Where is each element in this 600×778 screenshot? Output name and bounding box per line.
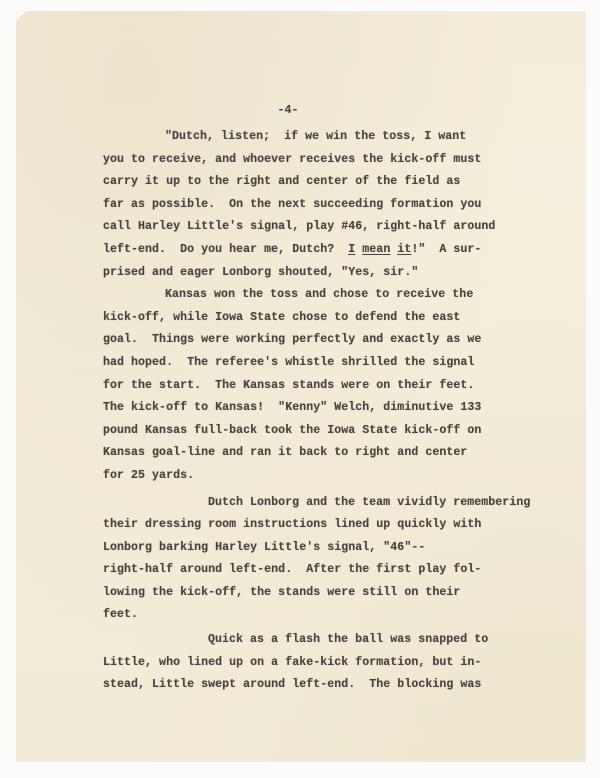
text-line: kick-off, while Iowa State chose to defe… (103, 307, 523, 330)
page-body: -4- "Dutch, listen; if we win the toss, … (103, 100, 523, 697)
text-line: for 25 yards. (103, 465, 523, 488)
text-segment: left-end. Do you hear me, Dutch? (103, 243, 348, 256)
emphasis-underline: mean (362, 243, 390, 256)
text-line: Kansas goal-line and ran it back to righ… (103, 442, 523, 465)
text-line: stead, Little swept around left-end. The… (103, 674, 523, 697)
text-line: you to receive, and whoever receives the… (103, 149, 523, 172)
paragraph-3: Dutch Lonborg and the team vividly remem… (103, 492, 523, 628)
text-line: carry it up to the right and center of t… (103, 171, 523, 194)
text-line: left-end. Do you hear me, Dutch? I mean … (103, 239, 523, 262)
text-line: prised and eager Lonborg shouted, "Yes, … (103, 262, 523, 285)
emphasis-underline: it (397, 243, 411, 256)
text-line: for the start. The Kansas stands were on… (103, 375, 523, 398)
text-line: call Harley Little's signal, play #46, r… (103, 216, 523, 239)
text-line: far as possible. On the next succeeding … (103, 194, 523, 217)
text-line: lowing the kick-off, the stands were sti… (103, 582, 523, 605)
paragraph-1: "Dutch, listen; if we win the toss, I wa… (103, 126, 523, 284)
text-line: their dressing room instructions lined u… (103, 514, 523, 537)
text-line: right-half around left-end. After the fi… (103, 559, 523, 582)
paragraph-4: Quick as a flash the ball was snapped to… (103, 629, 523, 697)
text-line: Kansas won the toss and chose to receive… (103, 284, 523, 307)
text-line: had hoped. The referee's whistle shrille… (103, 352, 523, 375)
text-line: goal. Things were working perfectly and … (103, 329, 523, 352)
paragraph-2: Kansas won the toss and chose to receive… (103, 284, 523, 487)
text-line: feet. (103, 604, 523, 627)
page-number: -4- (53, 100, 523, 122)
text-line: Quick as a flash the ball was snapped to (103, 629, 523, 652)
text-line: "Dutch, listen; if we win the toss, I wa… (103, 126, 523, 149)
text-line: Dutch Lonborg and the team vividly remem… (103, 492, 523, 515)
text-line: Little, who lined up on a fake-kick form… (103, 652, 523, 675)
text-line: The kick-off to Kansas! "Kenny" Welch, d… (103, 397, 523, 420)
text-line: pound Kansas full-back took the Iowa Sta… (103, 420, 523, 443)
typewritten-page: -4- "Dutch, listen; if we win the toss, … (16, 11, 586, 762)
text-line: Lonborg barking Harley Little's signal, … (103, 537, 523, 560)
text-segment: !" A sur- (411, 243, 481, 256)
